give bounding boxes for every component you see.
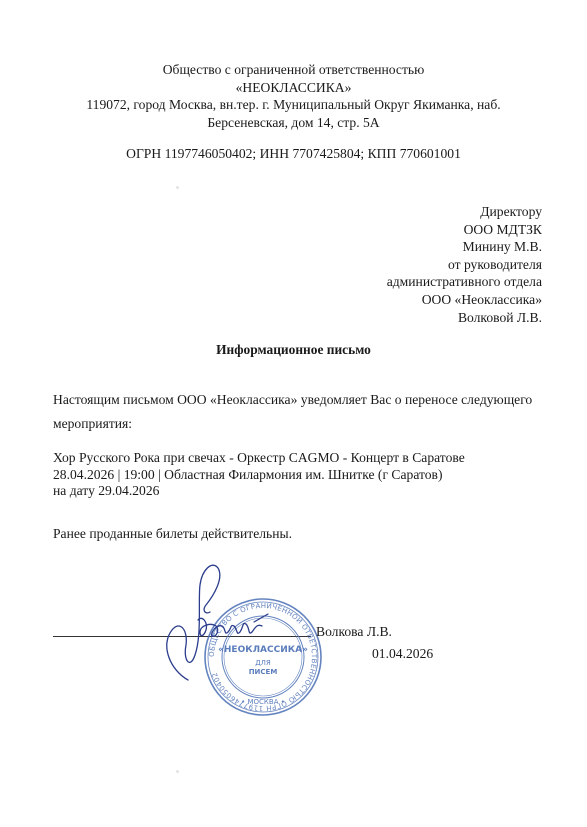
address-line-1: 119072, город Москва, вн.тер. г. Муницип… bbox=[0, 96, 587, 114]
event-new-date: на дату 29.04.2026 bbox=[53, 483, 563, 500]
event-details: Хор Русского Рока при свечах - Оркестр C… bbox=[53, 450, 563, 500]
recipient-line: ООО «Неоклассика» bbox=[387, 291, 542, 309]
letter-date: 01.04.2026 bbox=[372, 646, 433, 662]
letter-page: Общество с ограниченной ответственностью… bbox=[0, 0, 587, 827]
svg-text:• МОСКВА •: • МОСКВА • bbox=[241, 698, 285, 706]
recipient-line: Волковой Л.В. bbox=[387, 309, 542, 327]
scan-speck bbox=[176, 186, 179, 189]
letter-title: Информационное письмо bbox=[0, 342, 587, 358]
event-name: Хор Русского Рока при свечах - Оркестр C… bbox=[53, 450, 563, 467]
company-name: «НЕОКЛАССИКА» bbox=[0, 79, 587, 97]
recipient-block: Директору ООО МДТЗК Минину М.В. от руков… bbox=[387, 203, 542, 326]
handwritten-signature bbox=[150, 560, 290, 690]
recipient-line: ООО МДТЗК bbox=[387, 221, 542, 239]
event-date-venue: 28.04.2026 | 19:00 | Областная Филармони… bbox=[53, 467, 563, 484]
letterhead: Общество с ограниченной ответственностью… bbox=[0, 61, 587, 163]
recipient-line: от руководителя bbox=[387, 256, 542, 274]
scan-speck bbox=[176, 770, 179, 773]
recipient-line: административного отдела bbox=[387, 273, 542, 291]
letter-intro: Настоящим письмом ООО «Неоклассика» увед… bbox=[53, 388, 553, 435]
address-line-2: Берсеневская, дом 14, стр. 5А bbox=[0, 114, 587, 132]
tickets-note: Ранее проданные билеты действительны. bbox=[53, 526, 292, 542]
company-type: Общество с ограниченной ответственностью bbox=[0, 61, 587, 79]
recipient-line: Директору bbox=[387, 203, 542, 221]
signer-name: Волкова Л.В. bbox=[316, 624, 392, 640]
recipient-line: Минину М.В. bbox=[387, 238, 542, 256]
registration-numbers: ОГРН 1197746050402; ИНН 7707425804; КПП … bbox=[0, 145, 587, 163]
